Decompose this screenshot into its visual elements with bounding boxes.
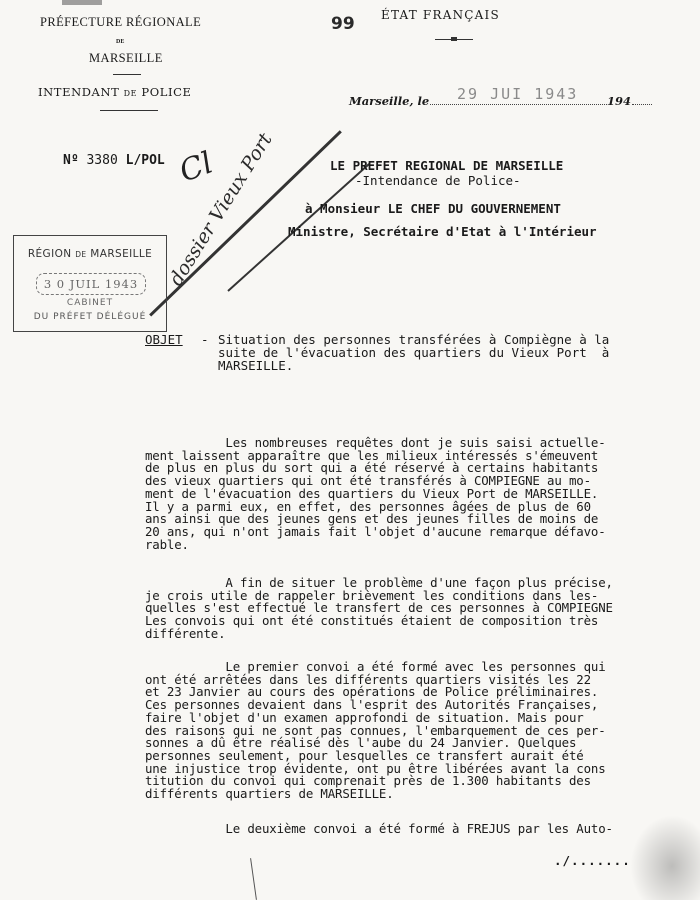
stamp-cabinet: CABINET bbox=[14, 298, 166, 308]
sender-title: LE PREFET REGIONAL DE MARSEILLE bbox=[330, 158, 563, 173]
reference-number: Nº 3380 L/POL bbox=[63, 153, 165, 168]
subject-label: OBJET bbox=[145, 334, 183, 347]
handwritten-initials: Cl bbox=[175, 145, 218, 189]
stamp-date: 3 0 JUIL 1943 bbox=[36, 273, 146, 295]
letterhead-rule bbox=[100, 110, 158, 111]
recipient-line2: Ministre, Secrétaire d'Etat à l'Intérieu… bbox=[288, 224, 597, 239]
document-page: PRÉFECTURE RÉGIONALE DE MARSEILLE INTEND… bbox=[0, 0, 700, 900]
subject-dash: - bbox=[201, 334, 209, 347]
sender-subtitle: -Intendance de Police- bbox=[355, 173, 521, 188]
body-paragraph: A fin de situer le problème d'une façon … bbox=[145, 577, 613, 641]
body-paragraph: Le deuxième convoi a été formé à FREJUS … bbox=[145, 823, 613, 836]
reception-stamp: RÉGION DE MARSEILLE 3 0 JUIL 1943 CABINE… bbox=[13, 235, 167, 332]
subject-text: Situation des personnes transférées à Co… bbox=[218, 334, 678, 372]
letterhead-de: DE bbox=[116, 39, 124, 45]
letterhead-marseille: MARSEILLE bbox=[89, 51, 163, 66]
scan-smudge bbox=[630, 815, 700, 900]
letterhead-intendant: INTENDANT DE POLICE bbox=[38, 85, 192, 99]
body-paragraph: Les nombreuses requêtes dont je suis sai… bbox=[145, 437, 606, 551]
stamp-region: RÉGION DE MARSEILLE bbox=[14, 248, 166, 260]
body-paragraph: Le premier convoi a été formé avec les p… bbox=[145, 661, 606, 801]
stamp-prefet: DU PRÉFET DÉLÉGUÉ bbox=[14, 312, 166, 322]
recipient-line1: à Monsieur LE CHEF DU GOUVERNEMENT bbox=[305, 201, 561, 216]
margin-mark bbox=[250, 858, 257, 900]
date-dotted-line bbox=[632, 104, 652, 105]
letterhead-prefecture: PRÉFECTURE RÉGIONALE bbox=[40, 15, 201, 30]
folio-number: 99 bbox=[331, 14, 355, 34]
date-stamp: 29 JUI 1943 bbox=[457, 85, 578, 103]
letterhead-etat-francais: ÉTAT FRANÇAIS bbox=[381, 8, 500, 22]
torn-header-scrap bbox=[62, 0, 102, 5]
continuation-mark: ./....... bbox=[554, 853, 631, 868]
date-dotted-line bbox=[430, 104, 607, 105]
letterhead-rule bbox=[113, 74, 141, 75]
dateline-prefix: Marseille, le bbox=[349, 94, 429, 108]
ornamental-rule bbox=[435, 39, 473, 40]
date-year-prefix: 194 bbox=[607, 94, 631, 108]
